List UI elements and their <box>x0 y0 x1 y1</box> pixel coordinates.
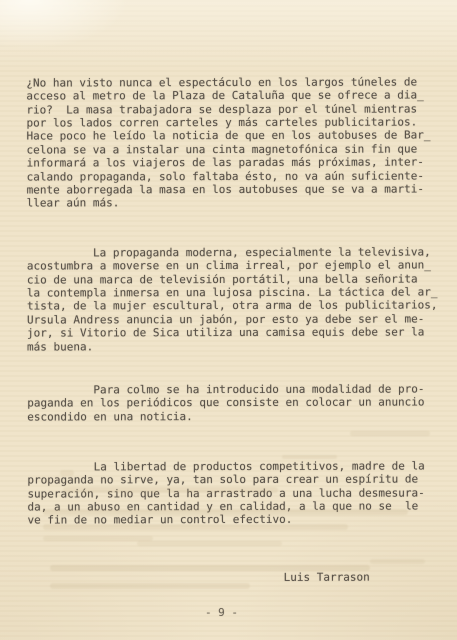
paragraph: La libertad de productos competitivos, m… <box>27 459 443 527</box>
paragraph: La propaganda moderna, especialmente la … <box>27 245 443 353</box>
bleed-through-mark <box>50 583 250 589</box>
bleed-through-mark <box>43 524 348 530</box>
author-signature: Luis Tarrason <box>284 570 444 584</box>
paragraph: Para colmo se ha introducido una modalid… <box>27 382 443 423</box>
bleed-through-mark <box>60 470 74 476</box>
bleed-through-mark <box>43 536 153 541</box>
bleed-through-mark <box>370 559 425 564</box>
scanned-document-page: ¿No han visto nunca el espectáculo en lo… <box>0 0 457 640</box>
bleed-through-mark <box>50 565 370 571</box>
bleed-through-mark <box>43 509 408 515</box>
paragraph: ¿No han visto nunca el espectáculo en lo… <box>26 75 442 210</box>
bleed-through-mark <box>350 431 430 436</box>
bleed-through-mark <box>63 487 278 493</box>
bleed-through-mark <box>137 541 282 546</box>
bleed-through-mark <box>282 455 337 459</box>
page-number: - 9 - <box>0 606 443 619</box>
